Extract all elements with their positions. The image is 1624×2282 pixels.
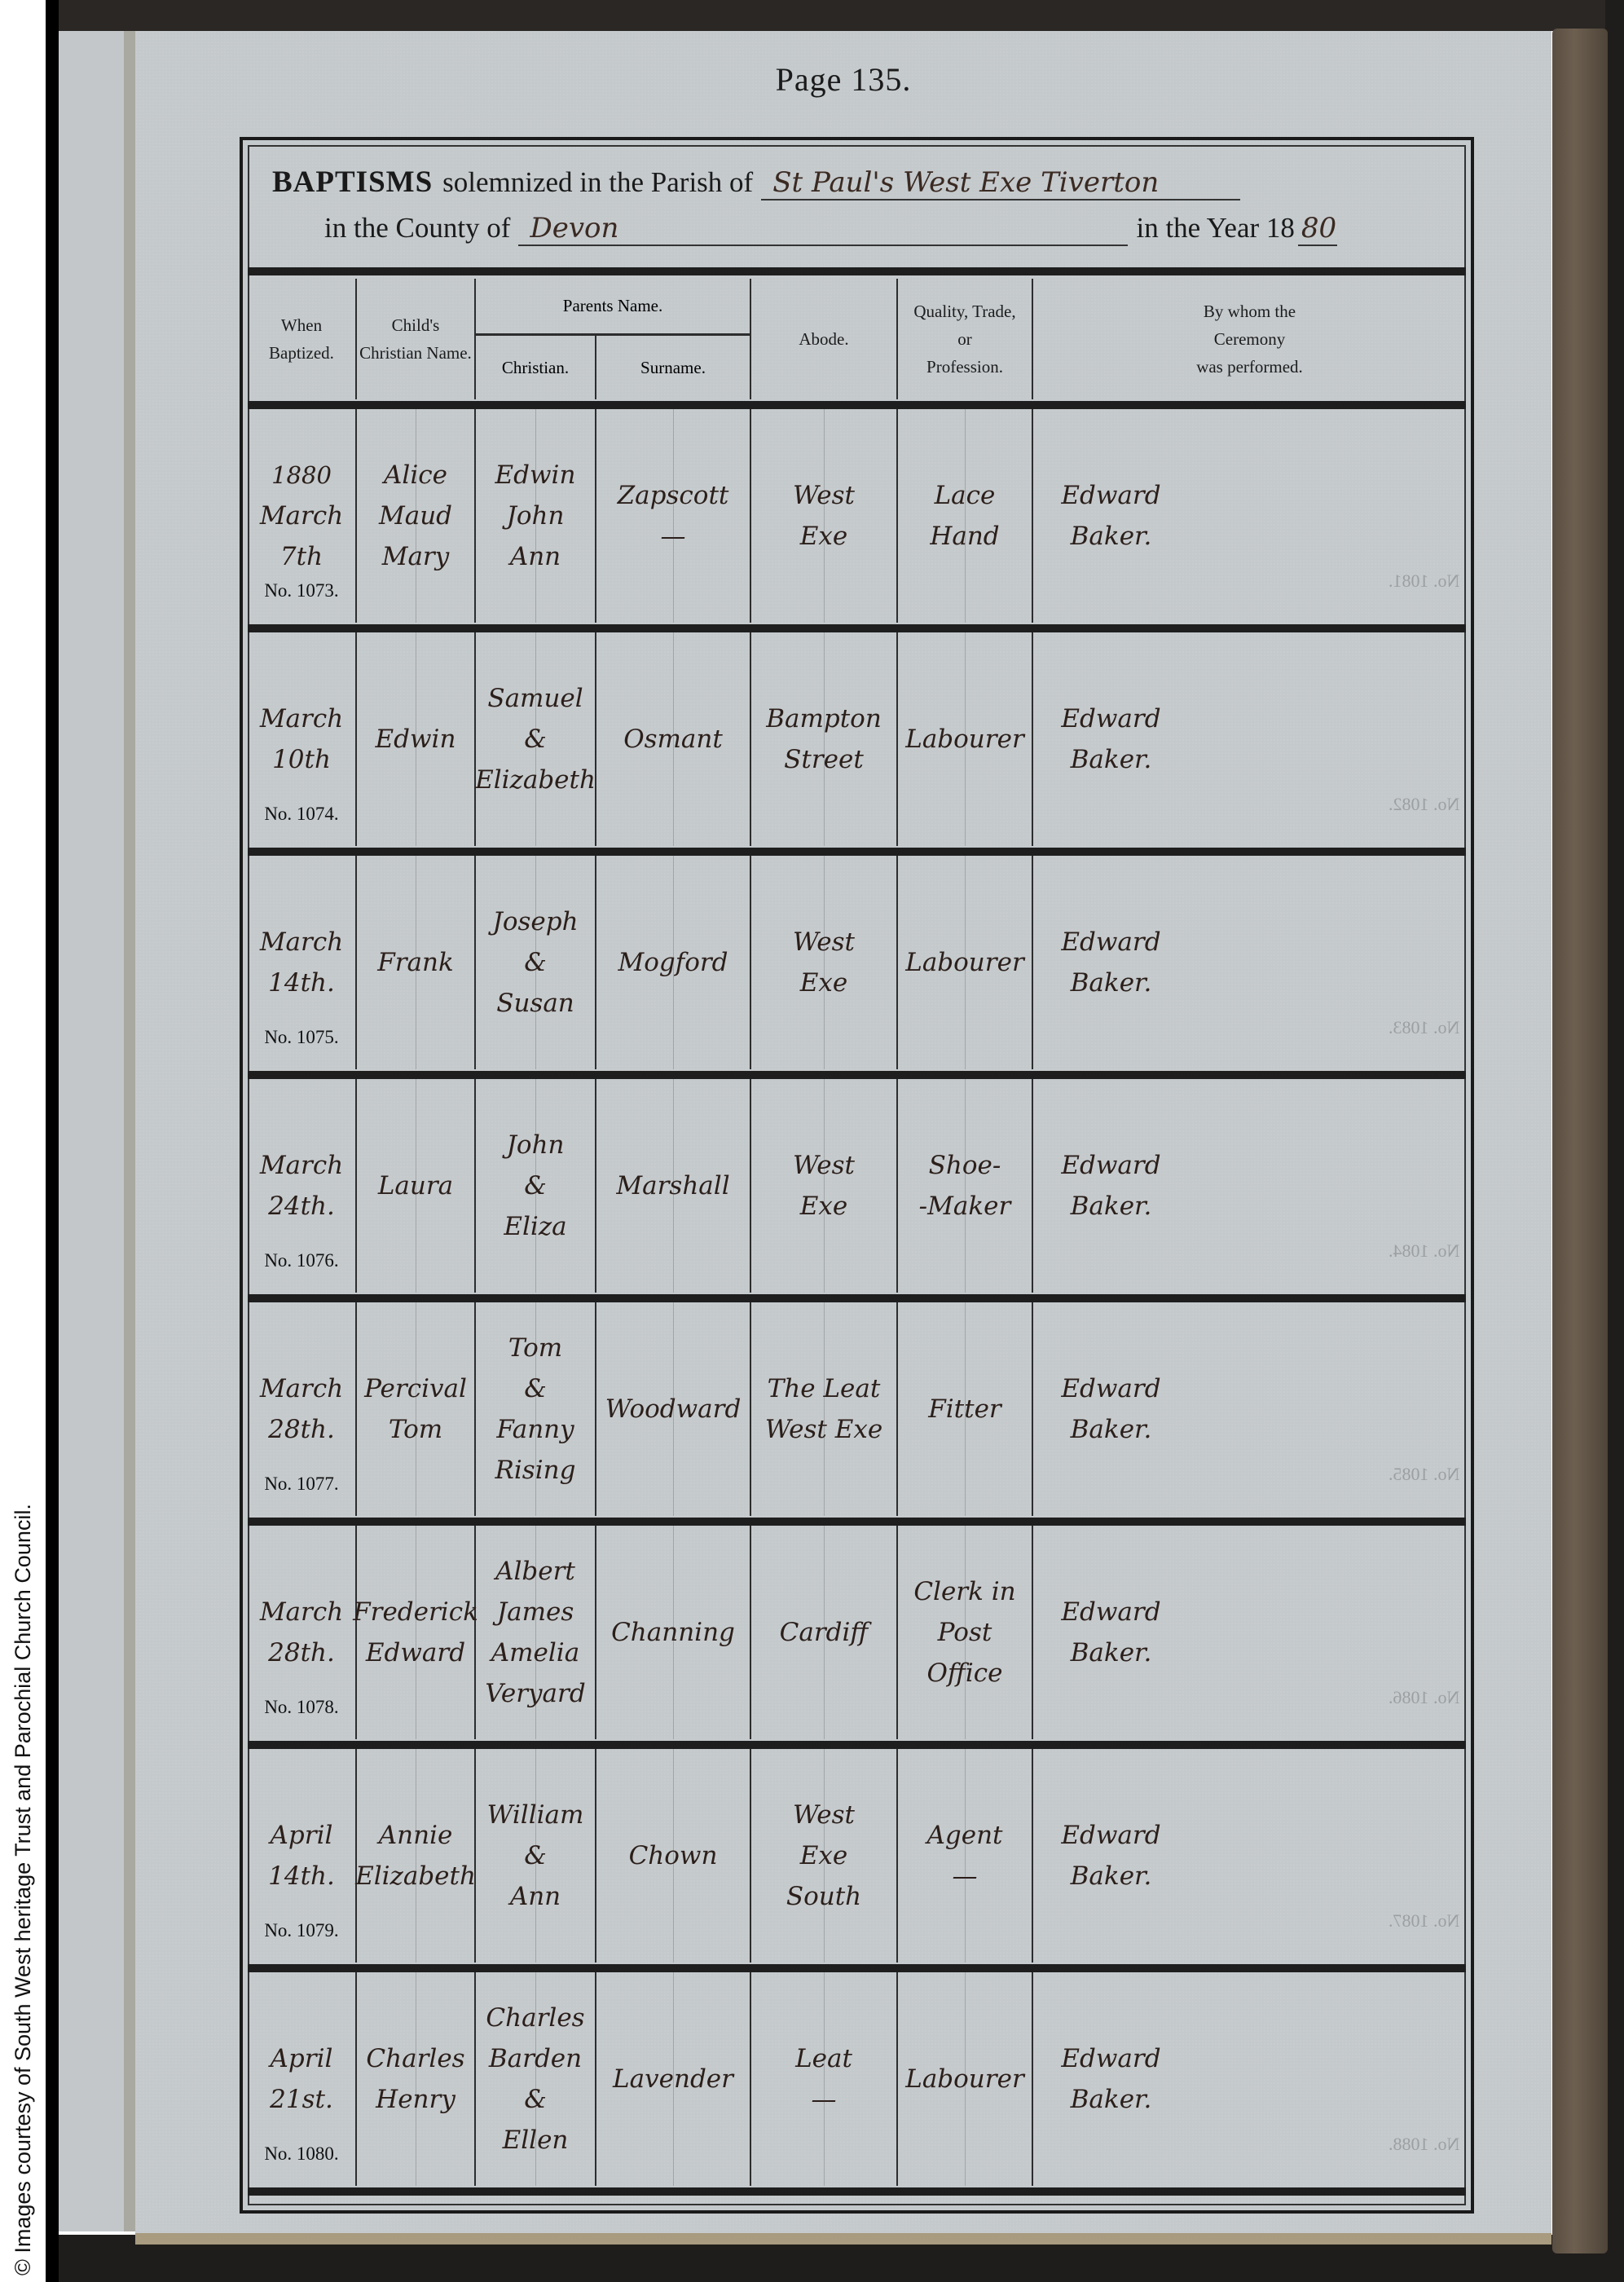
book-binding-top — [59, 0, 1624, 31]
previous-page-edge — [59, 31, 135, 2231]
title-county-label: in the County of — [324, 212, 510, 244]
header-text: When — [281, 311, 322, 339]
bleed-through-number: No. 1087. — [1389, 1901, 1459, 1941]
handwritten-by-whom: Baker. — [1061, 2079, 1160, 2120]
header-text: Abode. — [799, 325, 848, 353]
register-entry: March 24th. No. 1076. Laura John&Eliza M… — [248, 1079, 1466, 1293]
header-parents-surname: Surname. — [596, 336, 751, 399]
entry-day: 21st. — [270, 2079, 333, 2120]
parish-field: St Paul's West Exe Tiverton — [761, 166, 1240, 200]
cell-by-whom: EdwardBaker. No. 1084. — [1033, 1079, 1466, 1293]
title-line-county: in the County of Devon in the Year 18 80 — [324, 212, 1345, 246]
copyright-notice: © Images courtesy of South West heritage… — [0, 0, 46, 2282]
cell-abode: WestExe — [751, 856, 898, 1069]
handwritten-by-whom: Baker. — [1061, 1632, 1160, 1673]
cell-quality: Labourer — [898, 1972, 1033, 2186]
cell-by-whom: EdwardBaker. No. 1085. — [1033, 1302, 1466, 1516]
handwritten-by-whom: Edward — [1061, 2038, 1160, 2079]
entry-separator-rule — [248, 1518, 1466, 1526]
handwritten-by-whom: Edward — [1061, 1145, 1160, 1186]
cell-parents-surname: Mogford — [596, 856, 751, 1069]
register-entry: March 28th. No. 1077. PercivalTom Tom&Fa… — [248, 1302, 1466, 1516]
header-by-whom: By whom the Ceremony was performed. — [1033, 279, 1466, 399]
handwritten-by-whom: Edward — [1061, 1368, 1160, 1409]
cell-abode: BamptonStreet — [751, 632, 898, 846]
baptism-register-table: BAPTISMS solemnized in the Parish of St … — [240, 137, 1474, 2214]
header-text: Baptized. — [269, 339, 334, 367]
handwritten-by-whom: Baker. — [1061, 1856, 1160, 1897]
cell-parents-christian: Tom&FannyRising — [476, 1302, 596, 1516]
cell-quality: Fitter — [898, 1302, 1033, 1516]
header-text: or — [957, 325, 972, 353]
handwritten-by-whom: Baker. — [1061, 1186, 1160, 1227]
cell-parents-christian: CharlesBarden&Ellen — [476, 1972, 596, 2186]
entry-day: 28th. — [268, 1632, 335, 1673]
cell-abode: Cardiff — [751, 1526, 898, 1739]
cell-by-whom: EdwardBaker. No. 1086. — [1033, 1526, 1466, 1739]
entry-number: No. 1074. — [248, 794, 355, 835]
header-abode: Abode. — [751, 279, 898, 399]
cell-parents-christian: Samuel&Elizabeth — [476, 632, 596, 846]
cell-child-name: FrederickEdward — [357, 1526, 476, 1739]
entry-day: 14th. — [268, 963, 335, 1003]
header-text: Quality, Trade, — [913, 297, 1015, 325]
cell-when-baptized: March 24th. No. 1076. — [248, 1079, 357, 1293]
header-when-baptized: When Baptized. — [248, 279, 357, 399]
bleed-through-number: No. 1082. — [1389, 784, 1459, 825]
entry-day: 14th. — [268, 1856, 335, 1897]
entry-month: March — [260, 1368, 343, 1409]
entry-separator-rule — [248, 1294, 1466, 1302]
handwritten-by-whom: Edward — [1061, 475, 1160, 516]
register-entry: 1880 March 7th No. 1073. AliceMaudMary E… — [248, 409, 1466, 623]
cell-child-name: AnnieElizabeth — [357, 1749, 476, 1963]
cell-parents-surname: Lavender — [596, 1972, 751, 2186]
cell-when-baptized: April 21st. No. 1080. — [248, 1972, 357, 2186]
cell-abode: The LeatWest Exe — [751, 1302, 898, 1516]
cell-quality: LaceHand — [898, 409, 1033, 623]
entry-month: April — [271, 2038, 333, 2079]
title-baptisms: BAPTISMS — [272, 165, 433, 200]
cell-parents-surname: Chown — [596, 1749, 751, 1963]
cell-when-baptized: 1880 March 7th No. 1073. — [248, 409, 357, 623]
register-entry: March 10th No. 1074. Edwin Samuel&Elizab… — [248, 632, 1466, 846]
cell-parents-christian: EdwinJohnAnn — [476, 409, 596, 623]
register-entry: April 21st. No. 1080. CharlesHenry Charl… — [248, 1972, 1466, 2186]
handwritten-by-whom: Edward — [1061, 1592, 1160, 1632]
year-field: 80 — [1298, 212, 1337, 246]
cell-by-whom: EdwardBaker. No. 1082. — [1033, 632, 1466, 846]
cell-child-name: PercivalTom — [357, 1302, 476, 1516]
cell-parents-surname: Marshall — [596, 1079, 751, 1293]
title-line-parish: BAPTISMS solemnized in the Parish of St … — [272, 165, 1248, 200]
header-child-name: Child's Christian Name. — [357, 279, 476, 399]
cell-abode: WestExeSouth — [751, 1749, 898, 1963]
cell-parents-surname: Woodward — [596, 1302, 751, 1516]
title-year-label: in the Year 18 — [1136, 212, 1294, 244]
bleed-through-number: No. 1083. — [1389, 1007, 1459, 1048]
entry-number: No. 1079. — [248, 1910, 355, 1951]
cell-parents-christian: AlbertJamesAmeliaVeryard — [476, 1526, 596, 1739]
register-entry: March 14th. No. 1075. Frank Joseph&Susan… — [248, 856, 1466, 1069]
cell-when-baptized: March 28th. No. 1077. — [248, 1302, 357, 1516]
header-text: Profession. — [926, 353, 1003, 381]
entry-month: March — [260, 1145, 343, 1186]
entry-number: No. 1076. — [248, 1240, 355, 1281]
entry-day: 28th. — [268, 1409, 335, 1450]
cell-child-name: Frank — [357, 856, 476, 1069]
entry-number: No. 1075. — [248, 1017, 355, 1058]
entry-day: 24th. — [268, 1186, 335, 1227]
entry-month: April — [271, 1815, 333, 1856]
cell-quality: Clerk inPost Office — [898, 1526, 1033, 1739]
cell-by-whom: EdwardBaker. No. 1088. — [1033, 1972, 1466, 2186]
cell-child-name: Edwin — [357, 632, 476, 846]
handwritten-by-whom: Baker. — [1061, 739, 1160, 780]
cell-by-whom: EdwardBaker. No. 1087. — [1033, 1749, 1466, 1963]
entry-number: No. 1073. — [248, 570, 355, 611]
cell-parents-christian: Joseph&Susan — [476, 856, 596, 1069]
cell-when-baptized: March 10th No. 1074. — [248, 632, 357, 846]
entry-day: 10th — [272, 739, 331, 780]
cell-abode: WestExe — [751, 1079, 898, 1293]
entry-separator-rule — [248, 1741, 1466, 1749]
entry-number: No. 1080. — [248, 2134, 355, 2174]
handwritten-by-whom: Edward — [1061, 698, 1160, 739]
scan-edge — [46, 0, 59, 2282]
cell-parents-surname: Osmant — [596, 632, 751, 846]
cell-abode: WestExe — [751, 409, 898, 623]
cell-parents-surname: Channing — [596, 1526, 751, 1739]
bleed-through-number: No. 1085. — [1389, 1454, 1459, 1495]
cell-child-name: CharlesHenry — [357, 1972, 476, 2186]
register-title: BAPTISMS solemnized in the Parish of St … — [243, 140, 1471, 262]
column-headers: When Baptized. Child's Christian Name. P… — [248, 279, 1466, 399]
header-text: Child's — [392, 311, 440, 339]
handwritten-by-whom: Baker. — [1061, 1409, 1160, 1450]
entry-separator-rule — [248, 624, 1466, 632]
header-quality: Quality, Trade, or Profession. — [898, 279, 1033, 399]
bleed-through-number: No. 1084. — [1389, 1231, 1459, 1271]
copyright-strip: © Images courtesy of South West heritage… — [0, 0, 46, 2282]
entry-month: March — [260, 922, 343, 963]
entry-separator-rule — [248, 1071, 1466, 1079]
entry-month: March — [260, 496, 343, 536]
header-text: Ceremony — [1214, 325, 1285, 353]
register-entry: March 28th. No. 1078. FrederickEdward Al… — [248, 1526, 1466, 1739]
entry-year: 1880 — [271, 455, 332, 496]
entry-month: March — [260, 698, 343, 739]
entry-separator-rule — [248, 1964, 1466, 1972]
header-text: By whom the — [1204, 297, 1296, 325]
header-text: Christian Name. — [359, 339, 472, 367]
header-parents-christian: Christian. — [476, 336, 596, 399]
page-number: Page 135. — [135, 60, 1551, 99]
cell-when-baptized: March 28th. No. 1078. — [248, 1526, 357, 1739]
register-entry: April 14th. No. 1079. AnnieElizabeth Wil… — [248, 1749, 1466, 1963]
entry-separator-rule — [248, 848, 1466, 856]
cell-parents-christian: John&Eliza — [476, 1079, 596, 1293]
cell-when-baptized: March 14th. No. 1075. — [248, 856, 357, 1069]
entry-separator-rule — [248, 2187, 1466, 2196]
entry-number: No. 1077. — [248, 1464, 355, 1504]
county-field: Devon — [518, 212, 1128, 246]
cell-by-whom: EdwardBaker. No. 1083. — [1033, 856, 1466, 1069]
entry-month: March — [260, 1592, 343, 1632]
register-page: Page 135. BAPTISMS solemnized in the Par… — [135, 31, 1551, 2245]
bleed-through-number: No. 1081. — [1389, 561, 1459, 601]
handwritten-by-whom: Edward — [1061, 922, 1160, 963]
handwritten-by-whom: Baker. — [1061, 963, 1160, 1003]
cell-parents-surname: Zapscott— — [596, 409, 751, 623]
cell-quality: Labourer — [898, 856, 1033, 1069]
cell-when-baptized: April 14th. No. 1079. — [248, 1749, 357, 1963]
handwritten-by-whom: Edward — [1061, 1815, 1160, 1856]
cell-quality: Labourer — [898, 632, 1033, 846]
header-top-rule — [248, 267, 1466, 275]
cell-abode: Leat— — [751, 1972, 898, 2186]
handwritten-by-whom: Baker. — [1061, 516, 1160, 557]
cell-quality: Shoe--Maker — [898, 1079, 1033, 1293]
cell-quality: Agent— — [898, 1749, 1033, 1963]
cell-by-whom: EdwardBaker. No. 1081. — [1033, 409, 1466, 623]
entry-number: No. 1078. — [248, 1687, 355, 1728]
cell-child-name: AliceMaudMary — [357, 409, 476, 623]
bleed-through-number: No. 1086. — [1389, 1677, 1459, 1718]
cell-parents-christian: William&Ann — [476, 1749, 596, 1963]
cell-child-name: Laura — [357, 1079, 476, 1293]
book-binding-right — [1605, 0, 1624, 2282]
title-solemnized: solemnized in the Parish of — [442, 166, 753, 199]
book-spine — [1552, 29, 1608, 2253]
header-parents-name: Parents Name. — [476, 279, 751, 336]
bleed-through-number: No. 1088. — [1389, 2124, 1459, 2165]
header-bottom-rule — [248, 401, 1466, 409]
header-text: was performed. — [1196, 353, 1303, 381]
